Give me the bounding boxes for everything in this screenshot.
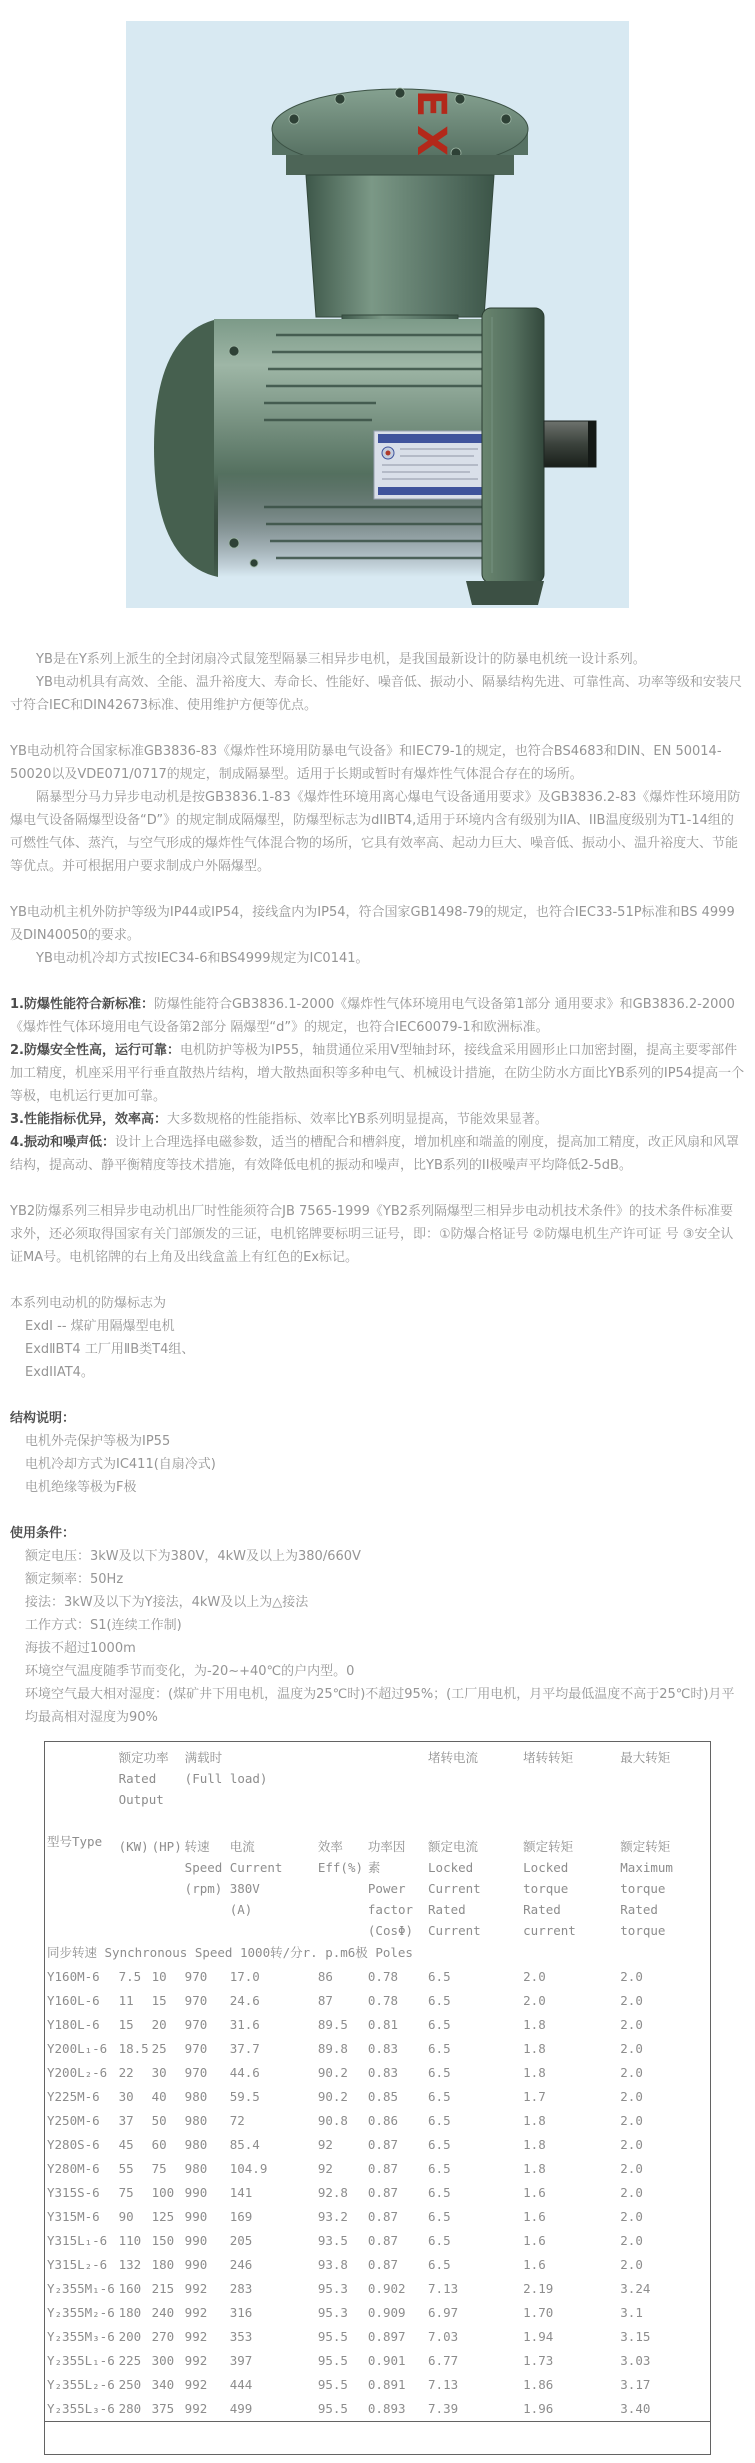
shaft-end xyxy=(588,421,596,467)
description-paragraph: 环境空气温度随季节而变化，为-20~+40℃的户内型。0 xyxy=(10,1660,745,1683)
description-paragraph: 电机绝缘等极为F极 xyxy=(10,1476,745,1499)
table-cell: 990 xyxy=(183,2253,228,2277)
col-header-kw: (KW) xyxy=(117,1834,150,1941)
table-cell: 1.8 xyxy=(521,2013,618,2037)
table-cell: 6.5 xyxy=(426,2061,521,2085)
feature-label: 1.防爆性能符合新标准： xyxy=(10,997,154,1012)
table-cell: 100 xyxy=(150,2181,183,2205)
table-cell: 992 xyxy=(183,2325,228,2349)
table-cell: Y₂355L₂-6 xyxy=(45,2373,117,2397)
flange-plate xyxy=(482,308,544,583)
table-cell: 1.6 xyxy=(521,2205,618,2229)
table-cell: 7.13 xyxy=(426,2373,521,2397)
table-cell: 1.94 xyxy=(521,2325,618,2349)
table-cell: 205 xyxy=(228,2229,316,2253)
table-cell: 75 xyxy=(150,2157,183,2181)
table-cell: 270 xyxy=(150,2325,183,2349)
table-cell: 1.86 xyxy=(521,2373,618,2397)
table-cell: Y160M-6 xyxy=(45,1965,117,1989)
table-cell: 6.5 xyxy=(426,2157,521,2181)
table-cell: 11 xyxy=(117,1989,150,2013)
table-cell: 225 xyxy=(117,2349,150,2373)
table-cell: 125 xyxy=(150,2205,183,2229)
header-row-units: (KW) (HP) 转速 Speed (rpm) 电流 Current 380V… xyxy=(45,1834,711,1941)
table-cell: 980 xyxy=(183,2157,228,2181)
col-header-locked-current-ratio: 额定电流 Locked Current Rated Current xyxy=(426,1834,521,1941)
table-cell: 0.86 xyxy=(366,2109,426,2133)
table-cell: 1.8 xyxy=(521,2157,618,2181)
table-cell: 86 xyxy=(316,1965,366,1989)
nameplate-bottom-band xyxy=(378,487,482,495)
table-cell: 95.5 xyxy=(316,2349,366,2373)
table-cell: 2.0 xyxy=(521,1965,618,1989)
table-cell: 0.87 xyxy=(366,2133,426,2157)
table-cell: 1.8 xyxy=(521,2037,618,2061)
table-cell: 95.5 xyxy=(316,2325,366,2349)
terminal-box-body xyxy=(306,175,494,317)
table-cell: 2.0 xyxy=(618,2205,710,2229)
col-header-power-factor: 功率因 素 Power factor (CosΦ) xyxy=(366,1834,426,1941)
table-cell: 22 xyxy=(117,2061,150,2085)
table-cell: 0.87 xyxy=(366,2229,426,2253)
table-cell: 89.8 xyxy=(316,2037,366,2061)
table-cell: 280 xyxy=(117,2397,150,2422)
table-cell: 0.83 xyxy=(366,2037,426,2061)
col-header-max-torque-ratio: 额定转矩 Maximum torque Rated torque xyxy=(618,1834,710,1941)
table-cell: 200 xyxy=(117,2325,150,2349)
table-cell: 6.5 xyxy=(426,2181,521,2205)
feature-label: 4.振动和噪声低： xyxy=(10,1135,115,1150)
table-cell: 0.85 xyxy=(366,2085,426,2109)
table-cell: 340 xyxy=(150,2373,183,2397)
table-cell: 55 xyxy=(117,2157,150,2181)
table-cell: 2.0 xyxy=(618,2085,710,2109)
table-row: Y200L₂-6223097044.690.20.836.51.82.0 xyxy=(45,2061,711,2085)
page: EX xyxy=(0,21,755,2455)
col-header-hp: (HP) xyxy=(150,1834,183,1941)
table-cell: 30 xyxy=(150,2061,183,2085)
table-cell: 215 xyxy=(150,2277,183,2301)
table-row: Y180L-6152097031.689.50.816.51.82.0 xyxy=(45,2013,711,2037)
table-cell: 37 xyxy=(117,2109,150,2133)
table-cell: 7.39 xyxy=(426,2397,521,2422)
description-paragraph: 隔暴型分马力异步电动机是按GB3836.1-83《爆炸性环境用离心爆电气设备通用… xyxy=(10,786,745,878)
table-cell: 970 xyxy=(183,2013,228,2037)
table-cell: 970 xyxy=(183,1989,228,2013)
frame-bolt xyxy=(229,538,239,548)
table-cell: 40 xyxy=(150,2085,183,2109)
table-cell: 169 xyxy=(228,2205,316,2229)
description-paragraph: 3.性能指标优异，效率高：大多数规格的性能指标、效率比YB系列明显提高，节能效果… xyxy=(10,1108,745,1131)
table-cell: 2.0 xyxy=(618,2109,710,2133)
table-cell: Y280S-6 xyxy=(45,2133,117,2157)
table-cell: 499 xyxy=(228,2397,316,2422)
feature-label: 2.防爆安全性高，运行可靠： xyxy=(10,1043,180,1058)
table-cell: 990 xyxy=(183,2205,228,2229)
table-row: Y280M-65575980104.9920.876.51.82.0 xyxy=(45,2157,711,2181)
ex-marking-text: EX xyxy=(408,90,454,164)
table-row: Y160M-67.51097017.0860.786.52.02.0 xyxy=(45,1965,711,1989)
table-cell: 444 xyxy=(228,2373,316,2397)
description-paragraph: 4.振动和噪声低：设计上合理选择电磁参数，适当的槽配合和槽斜度，增加机座和端盖的… xyxy=(10,1131,745,1177)
table-cell: Y315L₂-6 xyxy=(45,2253,117,2277)
table-cell: 37.7 xyxy=(228,2037,316,2061)
table-cell: 3.1 xyxy=(618,2301,710,2325)
table-cell: Y180L-6 xyxy=(45,2013,117,2037)
table-cell: 2.0 xyxy=(618,2013,710,2037)
table-cell: 353 xyxy=(228,2325,316,2349)
col-header-type: 型号Type xyxy=(45,1742,117,1941)
table-cell: 90 xyxy=(117,2205,150,2229)
table-cell: 7.03 xyxy=(426,2325,521,2349)
table-cell: 2.0 xyxy=(618,2037,710,2061)
table-cell: 0.891 xyxy=(366,2373,426,2397)
table-cell: 85.4 xyxy=(228,2133,316,2157)
table-cell: 20 xyxy=(150,2013,183,2037)
table-cell: 3.03 xyxy=(618,2349,710,2373)
table-cell: Y280M-6 xyxy=(45,2157,117,2181)
table-cell: 2.0 xyxy=(618,2253,710,2277)
description-paragraph: 结构说明： xyxy=(10,1407,745,1430)
table-cell: 60 xyxy=(150,2133,183,2157)
table-cell: 990 xyxy=(183,2229,228,2253)
table-row: Y315L₁-611015099020593.50.876.51.62.0 xyxy=(45,2229,711,2253)
table-cell: 2.0 xyxy=(618,1965,710,1989)
table-cell: 980 xyxy=(183,2133,228,2157)
col-header-locked-current: 堵转电流 xyxy=(426,1742,521,1834)
table-cell: 6.5 xyxy=(426,2253,521,2277)
description-paragraph: YB是在Y系列上派生的全封闭扇冷式鼠笼型隔暴三相异步电机，是我国最新设计的防暴电… xyxy=(10,648,745,671)
col-header-rated-output: 额定功率 Rated Output xyxy=(117,1742,183,1834)
table-cell: 95.5 xyxy=(316,2397,366,2422)
table-row: Y160L-6111597024.6870.786.52.02.0 xyxy=(45,1989,711,2013)
table-cell: 95.3 xyxy=(316,2301,366,2325)
description-paragraph: 2.防爆安全性高，运行可靠：电机防护等极为IP55，轴贯通位采用V型轴封环，接线… xyxy=(10,1039,745,1108)
table-cell: 1.96 xyxy=(521,2397,618,2422)
table-row: Y315S-67510099014192.80.876.51.62.0 xyxy=(45,2181,711,2205)
col-header-speed: 转速 Speed (rpm) xyxy=(183,1834,228,1941)
table-cell: 2.0 xyxy=(618,2133,710,2157)
table-cell: 6.5 xyxy=(426,2037,521,2061)
table-cell: 3.40 xyxy=(618,2397,710,2422)
footer-empty-cell xyxy=(45,2421,711,2454)
table-cell: 6.5 xyxy=(426,2013,521,2037)
table-cell: 7.13 xyxy=(426,2277,521,2301)
table-cell: 24.6 xyxy=(228,1989,316,2013)
description-paragraph: YB电动机冷却方式按IEC34-6和BS4999规定为IC0141。 xyxy=(10,947,745,970)
table-cell: 0.897 xyxy=(366,2325,426,2349)
feature-label: 3.性能指标优异，效率高： xyxy=(10,1112,167,1127)
table-cell: 0.81 xyxy=(366,2013,426,2037)
table-cell: 992 xyxy=(183,2397,228,2422)
description-paragraph: 电机外壳保护等极为IP55 xyxy=(10,1430,745,1453)
spec-table: 型号Type 额定功率 Rated Output 满载时 (Full load)… xyxy=(44,1741,711,2455)
table-cell: 160 xyxy=(117,2277,150,2301)
description-paragraph: 1.防爆性能符合新标准：防爆性能符合GB3836.1-2000《爆炸性气体环境用… xyxy=(10,993,745,1039)
table-cell: 1.6 xyxy=(521,2253,618,2277)
col-header-locked-torque-ratio: 额定转矩 Locked torque Rated current xyxy=(521,1834,618,1941)
table-cell: Y200L₁-6 xyxy=(45,2037,117,2061)
description-paragraph: 环境空气最大相对湿度：(煤矿井下用电机，温度为25℃时)不超过95%；(工厂用电… xyxy=(10,1683,745,1729)
table-cell: 970 xyxy=(183,2037,228,2061)
description-paragraph: 本系列电动机的防爆标志为 xyxy=(10,1292,745,1315)
table-cell: 1.8 xyxy=(521,2061,618,2085)
section-row: 同步转速 Synchronous Speed 1000转/分r. p.m6极 P… xyxy=(45,1941,711,1965)
description-paragraph: 电机冷却方式为IC411(自扇冷式) xyxy=(10,1453,745,1476)
nameplate-logo-dot xyxy=(386,451,391,456)
description-paragraph: YB电动机具有高效、全能、温升裕度大、寿命长、性能好、噪音低、振动小、隔暴结构先… xyxy=(10,671,745,717)
section-row-label: 同步转速 Synchronous Speed 1000转/分r. p.m6极 P… xyxy=(45,1941,711,1965)
table-cell: 6.5 xyxy=(426,2085,521,2109)
table-cell: 15 xyxy=(150,1989,183,2013)
col-header-max-torque: 最大转矩 xyxy=(618,1742,710,1834)
flange-foot xyxy=(466,581,544,605)
table-cell: 397 xyxy=(228,2349,316,2373)
table-cell: 992 xyxy=(183,2301,228,2325)
table-cell: 132 xyxy=(117,2253,150,2277)
table-cell: 25 xyxy=(150,2037,183,2061)
table-cell: 2.0 xyxy=(618,2229,710,2253)
spec-table-header: 型号Type 额定功率 Rated Output 满载时 (Full load)… xyxy=(45,1742,711,1941)
table-cell: 1.70 xyxy=(521,2301,618,2325)
table-cell: 6.5 xyxy=(426,1965,521,1989)
table-cell: 2.0 xyxy=(618,2157,710,2181)
table-cell: 2.19 xyxy=(521,2277,618,2301)
nameplate-title-band xyxy=(378,434,482,443)
description-paragraph: ExdⅡBT4 工厂用ⅡB类T4组、 xyxy=(10,1338,745,1361)
header-row-groups: 型号Type 额定功率 Rated Output 满载时 (Full load)… xyxy=(45,1742,711,1834)
table-cell: 6.5 xyxy=(426,2229,521,2253)
table-row: Y₂355L₃-628037599249995.50.8937.391.963.… xyxy=(45,2397,711,2422)
table-cell: 6.77 xyxy=(426,2349,521,2373)
table-cell: 2.0 xyxy=(618,1989,710,2013)
table-cell: 2.0 xyxy=(618,2061,710,2085)
table-cell: Y₂355L₃-6 xyxy=(45,2397,117,2422)
table-cell: Y315L₁-6 xyxy=(45,2229,117,2253)
table-cell: 1.7 xyxy=(521,2085,618,2109)
table-cell: 95.5 xyxy=(316,2373,366,2397)
table-cell: 141 xyxy=(228,2181,316,2205)
table-cell: 18.5 xyxy=(117,2037,150,2061)
table-cell: 90.8 xyxy=(316,2109,366,2133)
table-cell: 7.5 xyxy=(117,1965,150,1989)
col-header-current: 电流 Current 380V (A) xyxy=(228,1834,316,1941)
table-cell: 87 xyxy=(316,1989,366,2013)
table-cell: 0.909 xyxy=(366,2301,426,2325)
description-paragraph: YB电动机主机外防护等级为IP44或IP54，接线盒内为IP54，符合国家GB1… xyxy=(10,901,745,947)
table-cell: 980 xyxy=(183,2109,228,2133)
table-cell: 15 xyxy=(117,2013,150,2037)
col-header-locked-torque: 堵转转矩 xyxy=(521,1742,618,1834)
table-cell: 1.6 xyxy=(521,2229,618,2253)
table-cell: Y250M-6 xyxy=(45,2109,117,2133)
frame-bolt xyxy=(229,346,239,356)
table-cell: Y₂355M₃-6 xyxy=(45,2325,117,2349)
description-paragraph: 工作方式：S1(连续工作制) xyxy=(10,1614,745,1637)
table-cell: 0.87 xyxy=(366,2181,426,2205)
table-cell: 6.5 xyxy=(426,2109,521,2133)
description-paragraph: ExdI -- 煤矿用隔爆型电机 xyxy=(10,1315,745,1338)
shaft xyxy=(544,421,596,467)
table-row: Y315L₂-613218099024693.80.876.51.62.0 xyxy=(45,2253,711,2277)
table-cell: 89.5 xyxy=(316,2013,366,2037)
table-cell: 92 xyxy=(316,2133,366,2157)
table-cell: 50 xyxy=(150,2109,183,2133)
table-cell: Y160L-6 xyxy=(45,1989,117,2013)
table-cell: 31.6 xyxy=(228,2013,316,2037)
table-cell: 246 xyxy=(228,2253,316,2277)
table-row: Y315M-69012599016993.20.876.51.62.0 xyxy=(45,2205,711,2229)
table-cell: 45 xyxy=(117,2133,150,2157)
table-cell: Y₂355M₁-6 xyxy=(45,2277,117,2301)
table-row: Y₂355L₁-622530099239795.50.9016.771.733.… xyxy=(45,2349,711,2373)
table-row: Y₂355M₁-616021599228395.30.9027.132.193.… xyxy=(45,2277,711,2301)
table-cell: 90.2 xyxy=(316,2085,366,2109)
footer-row xyxy=(45,2421,711,2454)
table-cell: 180 xyxy=(150,2253,183,2277)
description-paragraph: ExdIIAT4。 xyxy=(10,1361,745,1384)
description: YB是在Y系列上派生的全封闭扇冷式鼠笼型隔暴三相异步电机，是我国最新设计的防暴电… xyxy=(10,648,745,1729)
description-paragraph: 海拔不超过1000m xyxy=(10,1637,745,1660)
col-header-full-load: 满载时 (Full load) xyxy=(183,1742,426,1834)
table-cell: 970 xyxy=(183,1965,228,1989)
spec-table-body: 同步转速 Synchronous Speed 1000转/分r. p.m6极 P… xyxy=(45,1941,711,2422)
table-cell: 6.5 xyxy=(426,2205,521,2229)
table-cell: 59.5 xyxy=(228,2085,316,2109)
table-cell: 180 xyxy=(117,2301,150,2325)
table-cell: 0.902 xyxy=(366,2277,426,2301)
table-cell: 44.6 xyxy=(228,2061,316,2085)
description-paragraph: YB2防爆系列三相异步电动机出厂时性能须符合JB 7565-1999《YB2系列… xyxy=(10,1200,745,1269)
table-cell: 3.15 xyxy=(618,2325,710,2349)
table-cell: 0.87 xyxy=(366,2157,426,2181)
spec-table-footer xyxy=(45,2421,711,2454)
table-cell: 1.6 xyxy=(521,2181,618,2205)
description-paragraph: 额定电压：3kW及以下为380V，4kW及以上为380/660V xyxy=(10,1545,745,1568)
description-paragraph: YB电动机符合国家标准GB3836-83《爆炸性环境用防暴电气设备》和IEC79… xyxy=(10,740,745,786)
table-cell: 375 xyxy=(150,2397,183,2422)
table-row: Y250M-637509807290.80.866.51.82.0 xyxy=(45,2109,711,2133)
table-row: Y₂355L₂-625034099244495.50.8917.131.863.… xyxy=(45,2373,711,2397)
table-cell: 0.78 xyxy=(366,1989,426,2013)
table-cell: 92 xyxy=(316,2157,366,2181)
table-cell: 992 xyxy=(183,2277,228,2301)
product-photo-box: EX xyxy=(126,21,629,608)
table-cell: 0.87 xyxy=(366,2205,426,2229)
table-cell: Y315S-6 xyxy=(45,2181,117,2205)
table-cell: 150 xyxy=(150,2229,183,2253)
table-cell: 93.5 xyxy=(316,2229,366,2253)
table-row: Y₂355M₃-620027099235395.50.8977.031.943.… xyxy=(45,2325,711,2349)
table-cell: 0.83 xyxy=(366,2061,426,2085)
table-cell: 6.5 xyxy=(426,1989,521,2013)
table-cell: 300 xyxy=(150,2349,183,2373)
table-cell: 0.78 xyxy=(366,1965,426,1989)
table-cell: Y₂355L₁-6 xyxy=(45,2349,117,2373)
table-cell: Y225M-6 xyxy=(45,2085,117,2109)
description-paragraph: 接法：3kW及以下为Y接法，4kW及以上为△接法 xyxy=(10,1591,745,1614)
table-cell: 283 xyxy=(228,2277,316,2301)
table-cell: 992 xyxy=(183,2373,228,2397)
col-header-eff: 效率 Eff(%) xyxy=(316,1834,366,1941)
table-cell: 72 xyxy=(228,2109,316,2133)
table-row: Y280S-6456098085.4920.876.51.82.0 xyxy=(45,2133,711,2157)
table-cell: 0.893 xyxy=(366,2397,426,2422)
end-shield xyxy=(154,319,218,577)
table-cell: 104.9 xyxy=(228,2157,316,2181)
description-paragraph: 使用条件： xyxy=(10,1522,745,1545)
table-cell: 75 xyxy=(117,2181,150,2205)
table-cell: 10 xyxy=(150,1965,183,1989)
table-cell: 3.17 xyxy=(618,2373,710,2397)
table-cell: 30 xyxy=(117,2085,150,2109)
table-cell: 990 xyxy=(183,2181,228,2205)
table-cell: 95.3 xyxy=(316,2277,366,2301)
table-row: Y₂355M₂-618024099231695.30.9096.971.703.… xyxy=(45,2301,711,2325)
table-cell: 2.0 xyxy=(618,2181,710,2205)
table-cell: 6.97 xyxy=(426,2301,521,2325)
table-cell: 92.8 xyxy=(316,2181,366,2205)
table-cell: 93.2 xyxy=(316,2205,366,2229)
table-cell: 316 xyxy=(228,2301,316,2325)
nameplate xyxy=(374,431,486,499)
table-cell: 0.87 xyxy=(366,2253,426,2277)
table-cell: 970 xyxy=(183,2061,228,2085)
table-cell: 1.8 xyxy=(521,2109,618,2133)
table-cell: 6.5 xyxy=(426,2133,521,2157)
table-cell: 992 xyxy=(183,2349,228,2373)
table-cell: 1.73 xyxy=(521,2349,618,2373)
table-cell: Y₂355M₂-6 xyxy=(45,2301,117,2325)
description-paragraph: 额定频率：50Hz xyxy=(10,1568,745,1591)
table-cell: 93.8 xyxy=(316,2253,366,2277)
table-cell: Y315M-6 xyxy=(45,2205,117,2229)
table-cell: 980 xyxy=(183,2085,228,2109)
table-cell: 1.8 xyxy=(521,2133,618,2157)
table-cell: 17.0 xyxy=(228,1965,316,1989)
drain-bolt xyxy=(250,559,258,567)
table-cell: 3.24 xyxy=(618,2277,710,2301)
table-cell: 0.901 xyxy=(366,2349,426,2373)
table-row: Y200L₁-618.52597037.789.80.836.51.82.0 xyxy=(45,2037,711,2061)
table-row: Y225M-6304098059.590.20.856.51.72.0 xyxy=(45,2085,711,2109)
table-cell: 250 xyxy=(117,2373,150,2397)
table-cell: 2.0 xyxy=(521,1989,618,2013)
motor-photo: EX xyxy=(126,21,629,608)
table-cell: Y200L₂-6 xyxy=(45,2061,117,2085)
terminal-box-collar xyxy=(286,155,514,175)
table-cell: 90.2 xyxy=(316,2061,366,2085)
table-cell: 240 xyxy=(150,2301,183,2325)
table-cell: 110 xyxy=(117,2229,150,2253)
